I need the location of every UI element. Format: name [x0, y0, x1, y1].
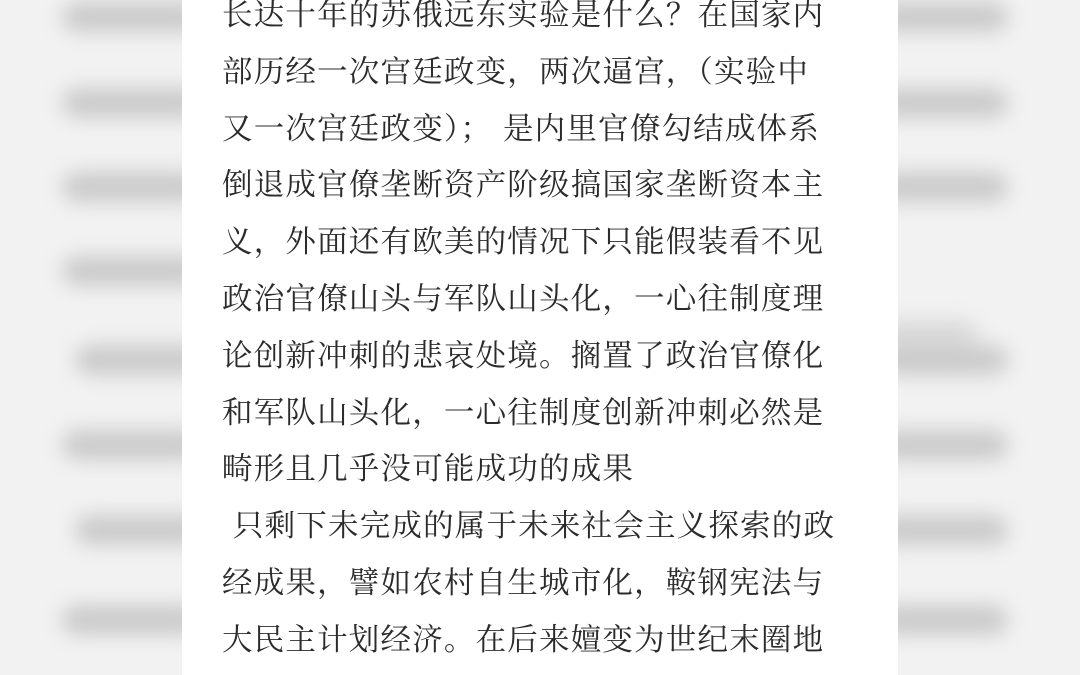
- text-line: 和军队山头化，一心往制度创新冲刺必然是: [222, 386, 882, 443]
- blurred-text-bar: [62, 430, 182, 460]
- blurred-background-left: [0, 0, 182, 675]
- text-line: 部历经一次宫廷政变，两次逼宫，（实验中: [222, 45, 882, 102]
- article-panel: 长达十年的苏俄远东实验是什么？在国家内 部历经一次宫廷政变，两次逼宫，（实验中 …: [182, 0, 898, 675]
- blurred-text-bar: [62, 88, 182, 118]
- text-line: 经成果，譬如农村自生城市化，鞍钢宪法与: [222, 556, 882, 613]
- text-line: 又一次宫廷政变）； 是内里官僚勾结成体系: [222, 102, 882, 159]
- text-line: 畸形且几乎没可能成功的成果: [222, 442, 882, 499]
- blurred-text-bar: [62, 2, 182, 32]
- text-line: 义，外面还有欧美的情况下只能假装看不见: [222, 215, 882, 272]
- article-text: 长达十年的苏俄远东实验是什么？在国家内 部历经一次宫廷政变，两次逼宫，（实验中 …: [222, 0, 882, 670]
- blurred-text-bar: [898, 172, 1008, 202]
- blurred-background-right: [898, 0, 1080, 675]
- blurred-text-bar: [898, 88, 1008, 118]
- blurred-text-bar: [62, 256, 182, 286]
- blurred-text-bar: [75, 515, 182, 545]
- blurred-text-bar: [75, 345, 182, 375]
- text-line: 只剩下未完成的属于未来社会主义探索的政: [222, 499, 882, 556]
- blurred-text-bar: [898, 2, 1008, 32]
- blurred-text-bar: [898, 515, 1008, 545]
- blurred-text-bar: [62, 605, 182, 635]
- blurred-text-bar: [898, 430, 1008, 460]
- text-line: 政治官僚山头与军队山头化，一心往制度理: [222, 272, 882, 329]
- text-line: 倒退成官僚垄断资产阶级搞国家垄断资本主: [222, 158, 882, 215]
- blurred-text-bar: [898, 345, 1008, 375]
- text-line: 论创新冲刺的悲哀处境。搁置了政治官僚化: [222, 329, 882, 386]
- text-line: 大民主计划经济。在后来嬗变为世纪末圈地: [222, 613, 882, 670]
- blurred-text-bar: [62, 172, 182, 202]
- text-line: 长达十年的苏俄远东实验是什么？在国家内: [222, 0, 882, 45]
- blurred-text-bar: [898, 605, 1008, 635]
